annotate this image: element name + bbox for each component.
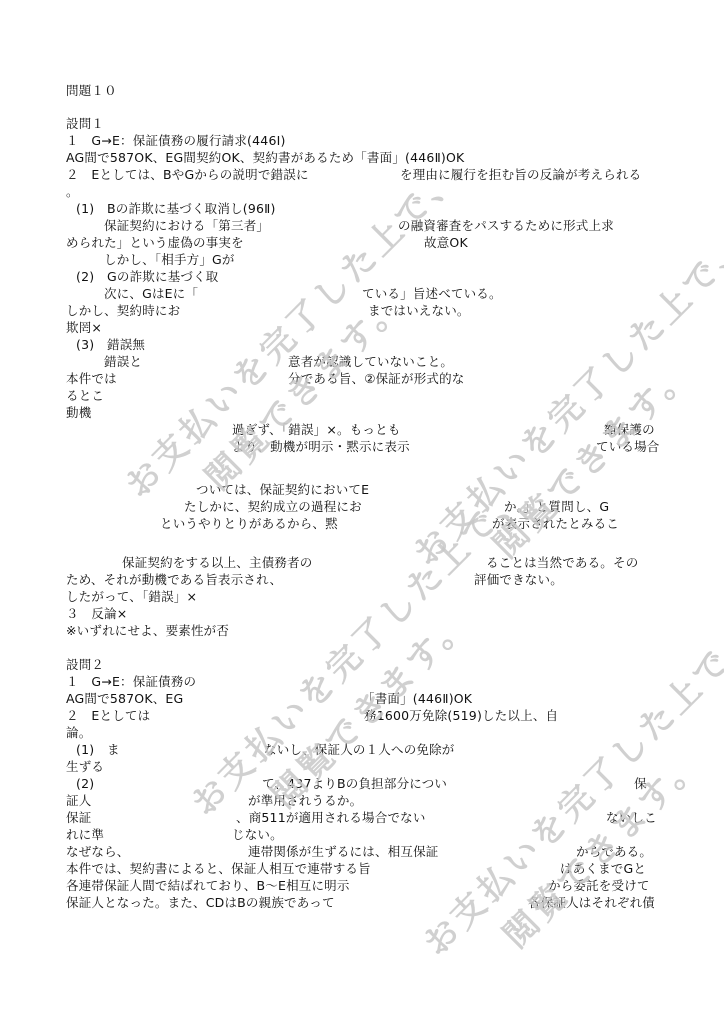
text-line: 設問２ — [66, 657, 104, 673]
text-line: 保証契約における「第三者」 — [104, 218, 269, 234]
text-line: しかし、「相手方」Gが — [104, 252, 235, 268]
text-line: (2) — [76, 776, 94, 792]
text-line: 各連帯保証人間で結ばれており、B～E相互に明示 — [66, 878, 350, 894]
text-line: 連帯関係が生ずるには、相互保証 — [248, 844, 439, 860]
text-line: 保証人となった。また、CDはBの親族であって — [66, 895, 335, 911]
text-line: 証人 — [66, 793, 91, 809]
text-line: AG間で587OK、EG間契約OK、契約書があるため「書面」(446Ⅱ)OK — [66, 150, 464, 166]
text-line: 動機 — [66, 405, 91, 421]
text-line: (3) 錯誤無 — [76, 337, 145, 353]
text-line: １ G→E：保証債務の — [66, 674, 196, 690]
text-line: 設問１ — [66, 116, 104, 132]
text-line: (1) Bの詐欺に基づく取消し(96Ⅱ) — [76, 201, 276, 217]
payment-watermark: お支払いを完了した上で、閲覧できます。 — [410, 608, 724, 1001]
text-line: (1) ま — [76, 742, 120, 758]
text-line: 本件では — [66, 371, 117, 387]
text-line: められた」という虚偽の事実を — [66, 235, 244, 251]
text-line: 本件では、契約書によると、保証人相互で連帯する旨 — [66, 861, 371, 877]
text-line: ため、それが動機である旨表示され、 — [66, 572, 282, 588]
text-line: 生ずる — [66, 759, 104, 775]
text-line: しかし、契約時にお — [66, 303, 180, 319]
text-line: したがって、「錯誤」× — [66, 589, 197, 605]
text-line: ※いずれにせよ、要素性が否 — [66, 623, 229, 639]
text-line: 。 — [66, 184, 79, 200]
text-line: ３ 反論× — [66, 606, 127, 622]
text-line: 欺罔× — [66, 320, 102, 336]
document-page: 問題１０設問１１ G→E：保証債務の履行請求(446Ⅰ)AG間で587OK、EG… — [0, 0, 724, 1024]
text-line: 錯誤と — [104, 354, 142, 370]
text-line: ２ Eとしては、BやGからの説明で錯誤に — [66, 167, 309, 183]
text-line: １ G→E：保証債務の履行請求(446Ⅰ) — [66, 133, 286, 149]
text-line: 論。 — [66, 725, 91, 741]
text-line: ２ Eとしては — [66, 708, 150, 724]
text-line: (2) Gの詐欺に基づく取 — [76, 269, 219, 285]
text-line: 保証 — [66, 810, 91, 826]
text-line: AG間で587OK、EG — [66, 691, 183, 707]
text-line: 問題１０ — [66, 83, 117, 99]
text-line: れに準 — [66, 827, 104, 843]
text-line: なぜなら、 — [66, 844, 130, 860]
text-line: るとこ — [66, 388, 104, 404]
text-line: 次に、GはEに「 — [104, 286, 198, 302]
text-line: 保証契約をする以上、主債務者の — [122, 555, 313, 571]
